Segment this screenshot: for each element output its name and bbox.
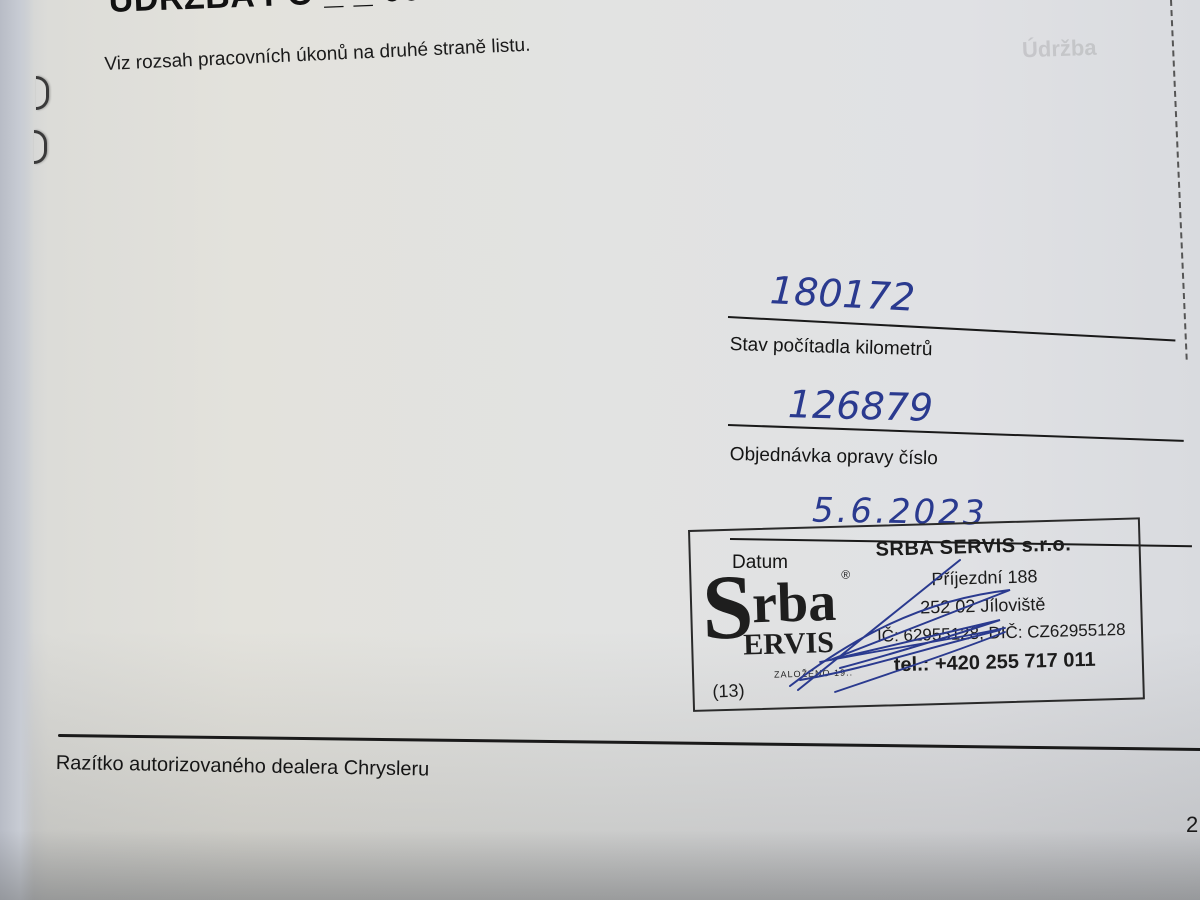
dealer-stamp: S rba ERVIS ® ZALOŽENO 19.. SRBA SERVIS …	[688, 517, 1145, 712]
stamp-city: 252 02 Jíloviště	[920, 594, 1046, 618]
dealer-stamp-rule	[58, 734, 1200, 751]
odometer-value: 180172	[769, 268, 916, 320]
perforation-line	[1170, 0, 1188, 360]
repair-order-label: Objednávka opravy číslo	[730, 444, 938, 470]
stamp-company-name: SRBA SERVIS s.r.o.	[875, 533, 1071, 561]
stamp-ids: IČ: 62955128, DIČ: CZ62955128	[877, 620, 1126, 647]
stamp-phone: tel.: +420 255 717 011	[894, 649, 1096, 678]
service-book-page: Údržba ÚDRŽBA PO _ _ 000 KM / DATUM Viz …	[0, 0, 1200, 900]
binder-ring-icon	[34, 130, 47, 164]
dealer-stamp-label: Razítko autorizovaného dealera Chrysleru	[56, 752, 430, 782]
repair-order-rule	[728, 424, 1184, 442]
stamp-street: Příjezdní 188	[931, 566, 1038, 590]
page-shadow	[0, 830, 1200, 900]
binding-edge	[0, 0, 34, 900]
binder-ring-icon	[36, 76, 49, 110]
odometer-label: Stav počítadla kilometrů	[729, 334, 932, 361]
stamp-logo-subtext: ERVIS	[743, 628, 834, 661]
stamp-founded: ZALOŽENO 19..	[774, 667, 853, 679]
stamp-logo-text: rba	[751, 574, 837, 632]
page-subtitle: Viz rozsah pracovních úkonů na druhé str…	[104, 35, 531, 76]
page-number: 2	[1186, 812, 1198, 838]
show-through-text: Údržba	[1022, 35, 1097, 64]
date-label: Datum	[732, 552, 788, 574]
repair-order-value: 126879	[787, 382, 933, 430]
registered-icon: ®	[841, 567, 850, 581]
stamp-number: (13)	[712, 680, 745, 702]
page-title: ÚDRŽBA PO _ _ 000 KM / DATUM	[108, 0, 658, 21]
